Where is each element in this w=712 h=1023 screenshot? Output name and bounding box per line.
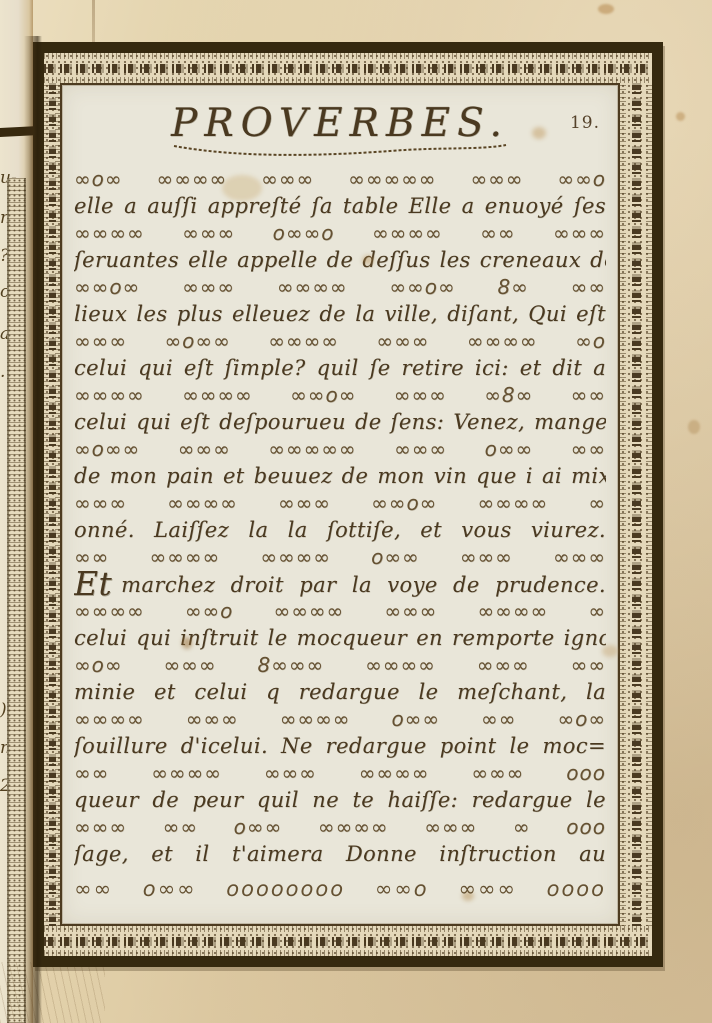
line-text: lieux les plus elleuez de la ville, diſa… <box>74 300 606 328</box>
frame-border-left <box>44 83 60 926</box>
text-line: ∞∞∞∞ ∞∞∞∞ ∞∞o∞ ∞∞∞ ∞8∞ ∞∞ celui qui eſt … <box>74 383 606 436</box>
flourish-row: ∞∞ ∞∞∞∞ ∞∞∞∞ o∞∞ ∞∞∞ ∞∞∞ <box>74 545 606 570</box>
final-flourish-row: ∞∞ o∞∞ oooooooo ∞∞o ∞∞∞ oooo <box>74 872 606 906</box>
line-text: ſage, et il t'aimera Donne inſtruction a… <box>74 840 606 868</box>
flourish-row: ∞∞ ∞∞∞∞ ∞∞∞ ∞∞∞∞ ∞∞∞ ooo <box>74 761 606 786</box>
flourish-row: ∞∞∞∞ ∞∞o ∞∞∞∞ ∞∞∞ ∞∞∞∞ ∞ <box>74 599 606 624</box>
text-line: ∞o∞ ∞∞∞ 8∞∞∞ ∞∞∞∞ ∞∞∞ ∞∞ minie et celui … <box>74 653 606 706</box>
book-gutter-shadow <box>24 36 42 1023</box>
page-panel: 19. PROVERBES. ∞o∞ ∞∞∞∞ ∞∞∞ ∞∞∞∞∞ ∞∞∞ ∞∞… <box>60 83 620 926</box>
flourish-row: ∞∞∞∞ ∞∞∞ o∞∞o ∞∞∞∞ ∞∞ ∞∞∞ <box>74 221 606 246</box>
line-text: elle a auſſi appreſté ſa table Elle a en… <box>74 192 606 220</box>
foxing-spot <box>688 420 700 434</box>
flourish-row: ∞∞∞ ∞∞ o∞∞ ∞∞∞∞ ∞∞∞ ∞ ooo <box>74 815 606 840</box>
line-text: minie et celui q redargue le meſchant, l… <box>74 678 606 706</box>
flourish-row: ∞∞∞ ∞∞∞∞ ∞∞∞ ∞∞o∞ ∞∞∞∞ ∞ <box>74 491 606 516</box>
line-text: ſeruantes elle appelle de deſſus les cre… <box>74 246 606 274</box>
text-line: ∞∞o∞ ∞∞∞ ∞∞∞∞ ∞∞o∞ 8∞ ∞∞ lieux les plus … <box>74 275 606 328</box>
flourish-row: ∞o∞∞ ∞∞∞ ∞∞∞∞∞ ∞∞∞ o∞∞ ∞∞ <box>74 437 606 462</box>
flourish-row: ∞o∞ ∞∞∞ 8∞∞∞ ∞∞∞∞ ∞∞∞ ∞∞ <box>74 653 606 678</box>
text-line: ∞o∞ ∞∞∞∞ ∞∞∞ ∞∞∞∞∞ ∞∞∞ ∞∞o elle a auſſi … <box>74 167 606 220</box>
title-block: 19. PROVERBES. <box>74 89 606 165</box>
line-text: celui qui eſt deſpourueu de ſens: Venez,… <box>74 408 606 436</box>
text-line: ∞∞∞∞ ∞∞o ∞∞∞∞ ∞∞∞ ∞∞∞∞ ∞ celui qui inſtr… <box>74 599 606 652</box>
stain-spot <box>362 255 374 265</box>
text-line: ∞∞ ∞∞∞∞ ∞∞∞∞ o∞∞ ∞∞∞ ∞∞∞ Etmarchez droit… <box>74 545 606 598</box>
line-text: celui qui inſtruit le mocqueur en rempor… <box>74 624 606 652</box>
text-line: ∞∞∞ ∞∞ o∞∞ ∞∞∞∞ ∞∞∞ ∞ ooo ſage, et il t'… <box>74 815 606 868</box>
stain-spot <box>182 637 192 649</box>
frame-border-right <box>620 83 652 926</box>
text-line: ∞∞∞∞ ∞∞∞ ∞∞∞∞ o∞∞ ∞∞ ∞o∞ ſouillure d'ice… <box>74 707 606 760</box>
frame-border-top <box>44 53 652 83</box>
page-frame: 19. PROVERBES. ∞o∞ ∞∞∞∞ ∞∞∞ ∞∞∞∞∞ ∞∞∞ ∞∞… <box>33 42 663 967</box>
foxing-spot <box>598 4 614 14</box>
frame-border-bottom <box>44 926 652 956</box>
text-line: ∞∞ ∞∞∞∞ ∞∞∞ ∞∞∞∞ ∞∞∞ ooo queur de peur q… <box>74 761 606 814</box>
line-text: celui qui eſt ſimple? quil ſe retire ici… <box>74 354 606 382</box>
flourish-row: ∞∞o∞ ∞∞∞ ∞∞∞∞ ∞∞o∞ 8∞ ∞∞ <box>74 275 606 300</box>
line-text-with-initial: Etmarchez droit par la voye de prudence. <box>74 570 606 598</box>
text-block: ∞o∞ ∞∞∞∞ ∞∞∞ ∞∞∞∞∞ ∞∞∞ ∞∞o elle a auſſi … <box>74 165 606 906</box>
line-text: queur de peur quil ne te haiſſe: redargu… <box>74 786 606 814</box>
line-text: de mon pain et beuuez de mon vin que i a… <box>74 462 606 490</box>
line-text: onné. Laiſſez la la ſottiſe, et vous viu… <box>74 516 606 544</box>
page-stack-edges <box>0 962 105 1023</box>
text-line: ∞∞∞∞ ∞∞∞ o∞∞o ∞∞∞∞ ∞∞ ∞∞∞ ſeruantes elle… <box>74 221 606 274</box>
line-text: ſouillure d'icelui. Ne redargue point le… <box>74 732 606 760</box>
previous-page-text-fragment: ) <box>0 700 7 720</box>
flourish-row: ∞o∞ ∞∞∞∞ ∞∞∞ ∞∞∞∞∞ ∞∞∞ ∞∞o <box>74 167 606 192</box>
flourish-row: ∞∞∞∞ ∞∞∞ ∞∞∞∞ o∞∞ ∞∞ ∞o∞ <box>74 707 606 732</box>
page-number: 19. <box>570 113 600 133</box>
text-line: ∞o∞∞ ∞∞∞ ∞∞∞∞∞ ∞∞∞ o∞∞ ∞∞ de mon pain et… <box>74 437 606 490</box>
flourish-row: ∞∞∞ ∞o∞∞ ∞∞∞∞ ∞∞∞ ∞∞∞∞ ∞o <box>74 329 606 354</box>
foxing-spot <box>676 112 685 121</box>
flourish-row: ∞∞∞∞ ∞∞∞∞ ∞∞o∞ ∞∞∞ ∞8∞ ∞∞ <box>74 383 606 408</box>
page-title: PROVERBES. <box>74 89 606 146</box>
previous-page-text-fragment: . <box>0 362 5 382</box>
line-text: marchez droit par la voye de prudence. <box>121 573 606 597</box>
ornate-initial: Et <box>74 570 112 598</box>
text-line: ∞∞∞ ∞∞∞∞ ∞∞∞ ∞∞o∞ ∞∞∞∞ ∞ onné. Laiſſez l… <box>74 491 606 544</box>
text-line: ∞∞∞ ∞o∞∞ ∞∞∞∞ ∞∞∞ ∞∞∞∞ ∞o celui qui eſt … <box>74 329 606 382</box>
